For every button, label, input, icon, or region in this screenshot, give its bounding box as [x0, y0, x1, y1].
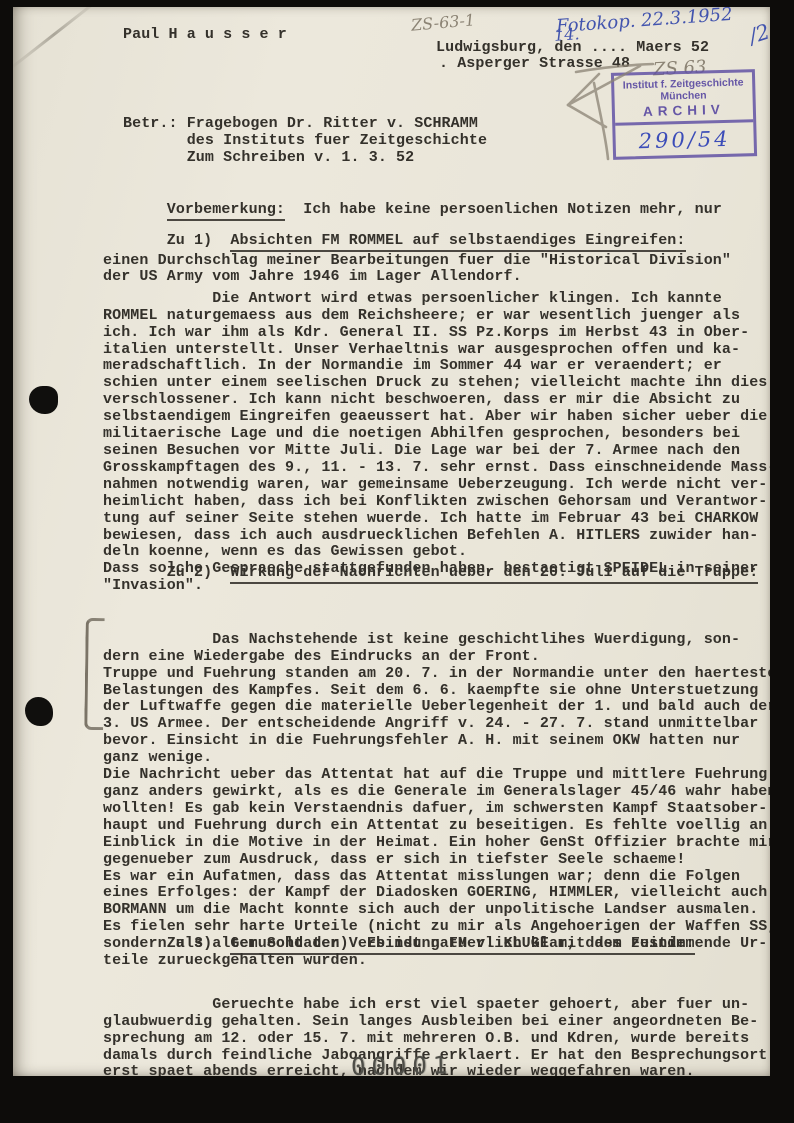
vorbemerkung-indent [103, 201, 167, 218]
typed-line: der Luftwaffe gegen die materielle Ueber… [103, 699, 770, 716]
section-1-title: Absichten FM ROMMEL auf selbstaendiges E… [230, 232, 685, 252]
section-2-heading: Zu 2) Wirkung der Nachrichten ueber den … [103, 565, 758, 582]
vorbemerkung-first-line: Vorbemerkung: Ich habe keine persoenlich… [103, 202, 731, 219]
section-3-heading: Zu 3) Geruecht der Verbindung FM v. KLUG… [103, 936, 695, 953]
typed-line: seinen Besuchen vor Mitte Juli. Die Lage… [103, 443, 770, 460]
typed-line: ROMMEL naturgemaess aus dem Reichsheere;… [103, 308, 770, 325]
handwritten-date: 14. [553, 24, 580, 45]
hole-punch-top [29, 386, 58, 414]
typed-line: wollten! Es gab kein Verstaendnis dafuer… [103, 801, 770, 818]
typed-line: Geruechte habe ich erst viel spaeter geh… [103, 997, 767, 1014]
section-1-lines: Die Antwort wird etwas persoenlicher kli… [103, 291, 770, 595]
typed-line: Es war ein Aufatmen, dass das Attentat m… [103, 869, 770, 886]
typed-line: deln koenne, wenn es das Gewissen gebot. [103, 544, 770, 561]
betreff-lines: Betr.: Fragebogen Dr. Ritter v. SCHRAMM … [123, 116, 487, 167]
typed-line: militaerische Lage und die noetigen Abhi… [103, 426, 770, 443]
section-1-heading: Zu 1) Absichten FM ROMMEL auf selbstaend… [103, 233, 686, 250]
section-2-lines: Das Nachstehende ist keine geschichtlihe… [103, 632, 770, 970]
pencil-arrow-mark [536, 53, 658, 171]
typed-line: ich. Ich war ihm als Kdr. General II. SS… [103, 325, 770, 342]
scanned-document-screenshot: { "colors": { "paper": "#eae6da", "typew… [0, 0, 794, 1123]
typed-line: ganz anders gewirkt, als es die Generale… [103, 784, 770, 801]
section-2-title: Wirkung der Nachrichten ueber den 20. Ju… [230, 564, 758, 584]
typed-line: Belastungen des Kampfes. Seit dem 6. 6. … [103, 683, 770, 700]
typed-line: schien unter einem seelischen Druck zu s… [103, 375, 770, 392]
section-1-number: Zu 1) [103, 232, 230, 249]
typed-line: eines Erfolges: der Kampf der Diadosken … [103, 885, 770, 902]
typed-line: Die Nachricht ueber das Attentat hat auf… [103, 767, 770, 784]
typed-line: 3. US Armee. Der entscheidende Angriff v… [103, 716, 770, 733]
annotation-page-fraction: /2. [746, 17, 770, 48]
typed-line: bewiesen, dass ich auch ausdruecklichen … [103, 528, 770, 545]
typed-line: sprechung am 12. oder 15. 7. mit mehrere… [103, 1031, 767, 1048]
annotation-fotokop-date: Fotokop. 22.3.1952 [555, 7, 733, 37]
typed-line: BORMANN um die Macht konnte sich auch de… [103, 902, 770, 919]
page-number-stamp: 00001 [351, 1051, 454, 1076]
hole-punch-bottom [25, 697, 53, 726]
typed-line: Das Nachstehende ist keine geschichtlihe… [103, 632, 770, 649]
typed-line: bevor. Einsicht in die Fuehrungsfehler A… [103, 733, 770, 750]
typed-line: glaubwuerdig gehalten. Sein langes Ausbl… [103, 1014, 767, 1031]
section-3-number: Zu 3) [103, 935, 230, 952]
typed-line: meradschaftlich. In der Normandie im Som… [103, 358, 770, 375]
typed-line: Es fielen sehr harte Urteile (nicht zu m… [103, 919, 770, 936]
document-page: Paul H a u s s e r ZS-63-1 Fotokop. 22.3… [13, 7, 770, 1076]
typed-line: tung auf seiner Seite stehen wuerde. Ich… [103, 511, 770, 528]
typed-line: des Instituts fuer Zeitgeschichte [123, 133, 487, 150]
vorbemerkung-label: Vorbemerkung: [167, 201, 285, 221]
typed-line: gegenueber zum Ausdruck, dass er sich in… [103, 852, 770, 869]
paper-crease [13, 7, 98, 70]
sender-name: Paul H a u s s e r [123, 27, 287, 44]
typed-line: Betr.: Fragebogen Dr. Ritter v. SCHRAMM [123, 116, 487, 133]
typed-line: verschlossener. Ich kann nicht beschwoer… [103, 392, 770, 409]
typed-line: italien unterstellt. Unser Verhaeltnis w… [103, 342, 770, 359]
typed-line: ganz wenige. [103, 750, 770, 767]
typed-line: dern eine Wiedergabe des Eindrucks an de… [103, 649, 770, 666]
typed-line: nahmen notwendig waren, war gemeinsame U… [103, 477, 770, 494]
typed-line: Einblick in die Motive in der Heimat. Ei… [103, 835, 770, 852]
typed-line: Truppe und Fuehrung standen am 20. 7. in… [103, 666, 770, 683]
margin-pencil-bracket [84, 618, 105, 730]
section-2-number: Zu 2) [103, 564, 230, 581]
typed-line: Zum Schreiben v. 1. 3. 52 [123, 150, 487, 167]
section-3-title: Geruecht der Verbindung FM v. KLUGE mit … [230, 935, 694, 955]
typed-line: heimlicht haben, dass ich bei Konflikten… [103, 494, 770, 511]
typed-line: Grosskampftagen des 9., 11. - 13. 7. seh… [103, 460, 770, 477]
typed-line: selbstaendigem Eingreifen geaeussert hat… [103, 409, 770, 426]
typed-line: haupt und Fuehrung durch ein Attentat zu… [103, 818, 770, 835]
annotation-zs-63-1: ZS-63-1 [410, 10, 475, 35]
vorbemerkung-text: Ich habe keine persoenlichen Notizen meh… [285, 201, 722, 218]
typed-line: Die Antwort wird etwas persoenlicher kli… [103, 291, 770, 308]
